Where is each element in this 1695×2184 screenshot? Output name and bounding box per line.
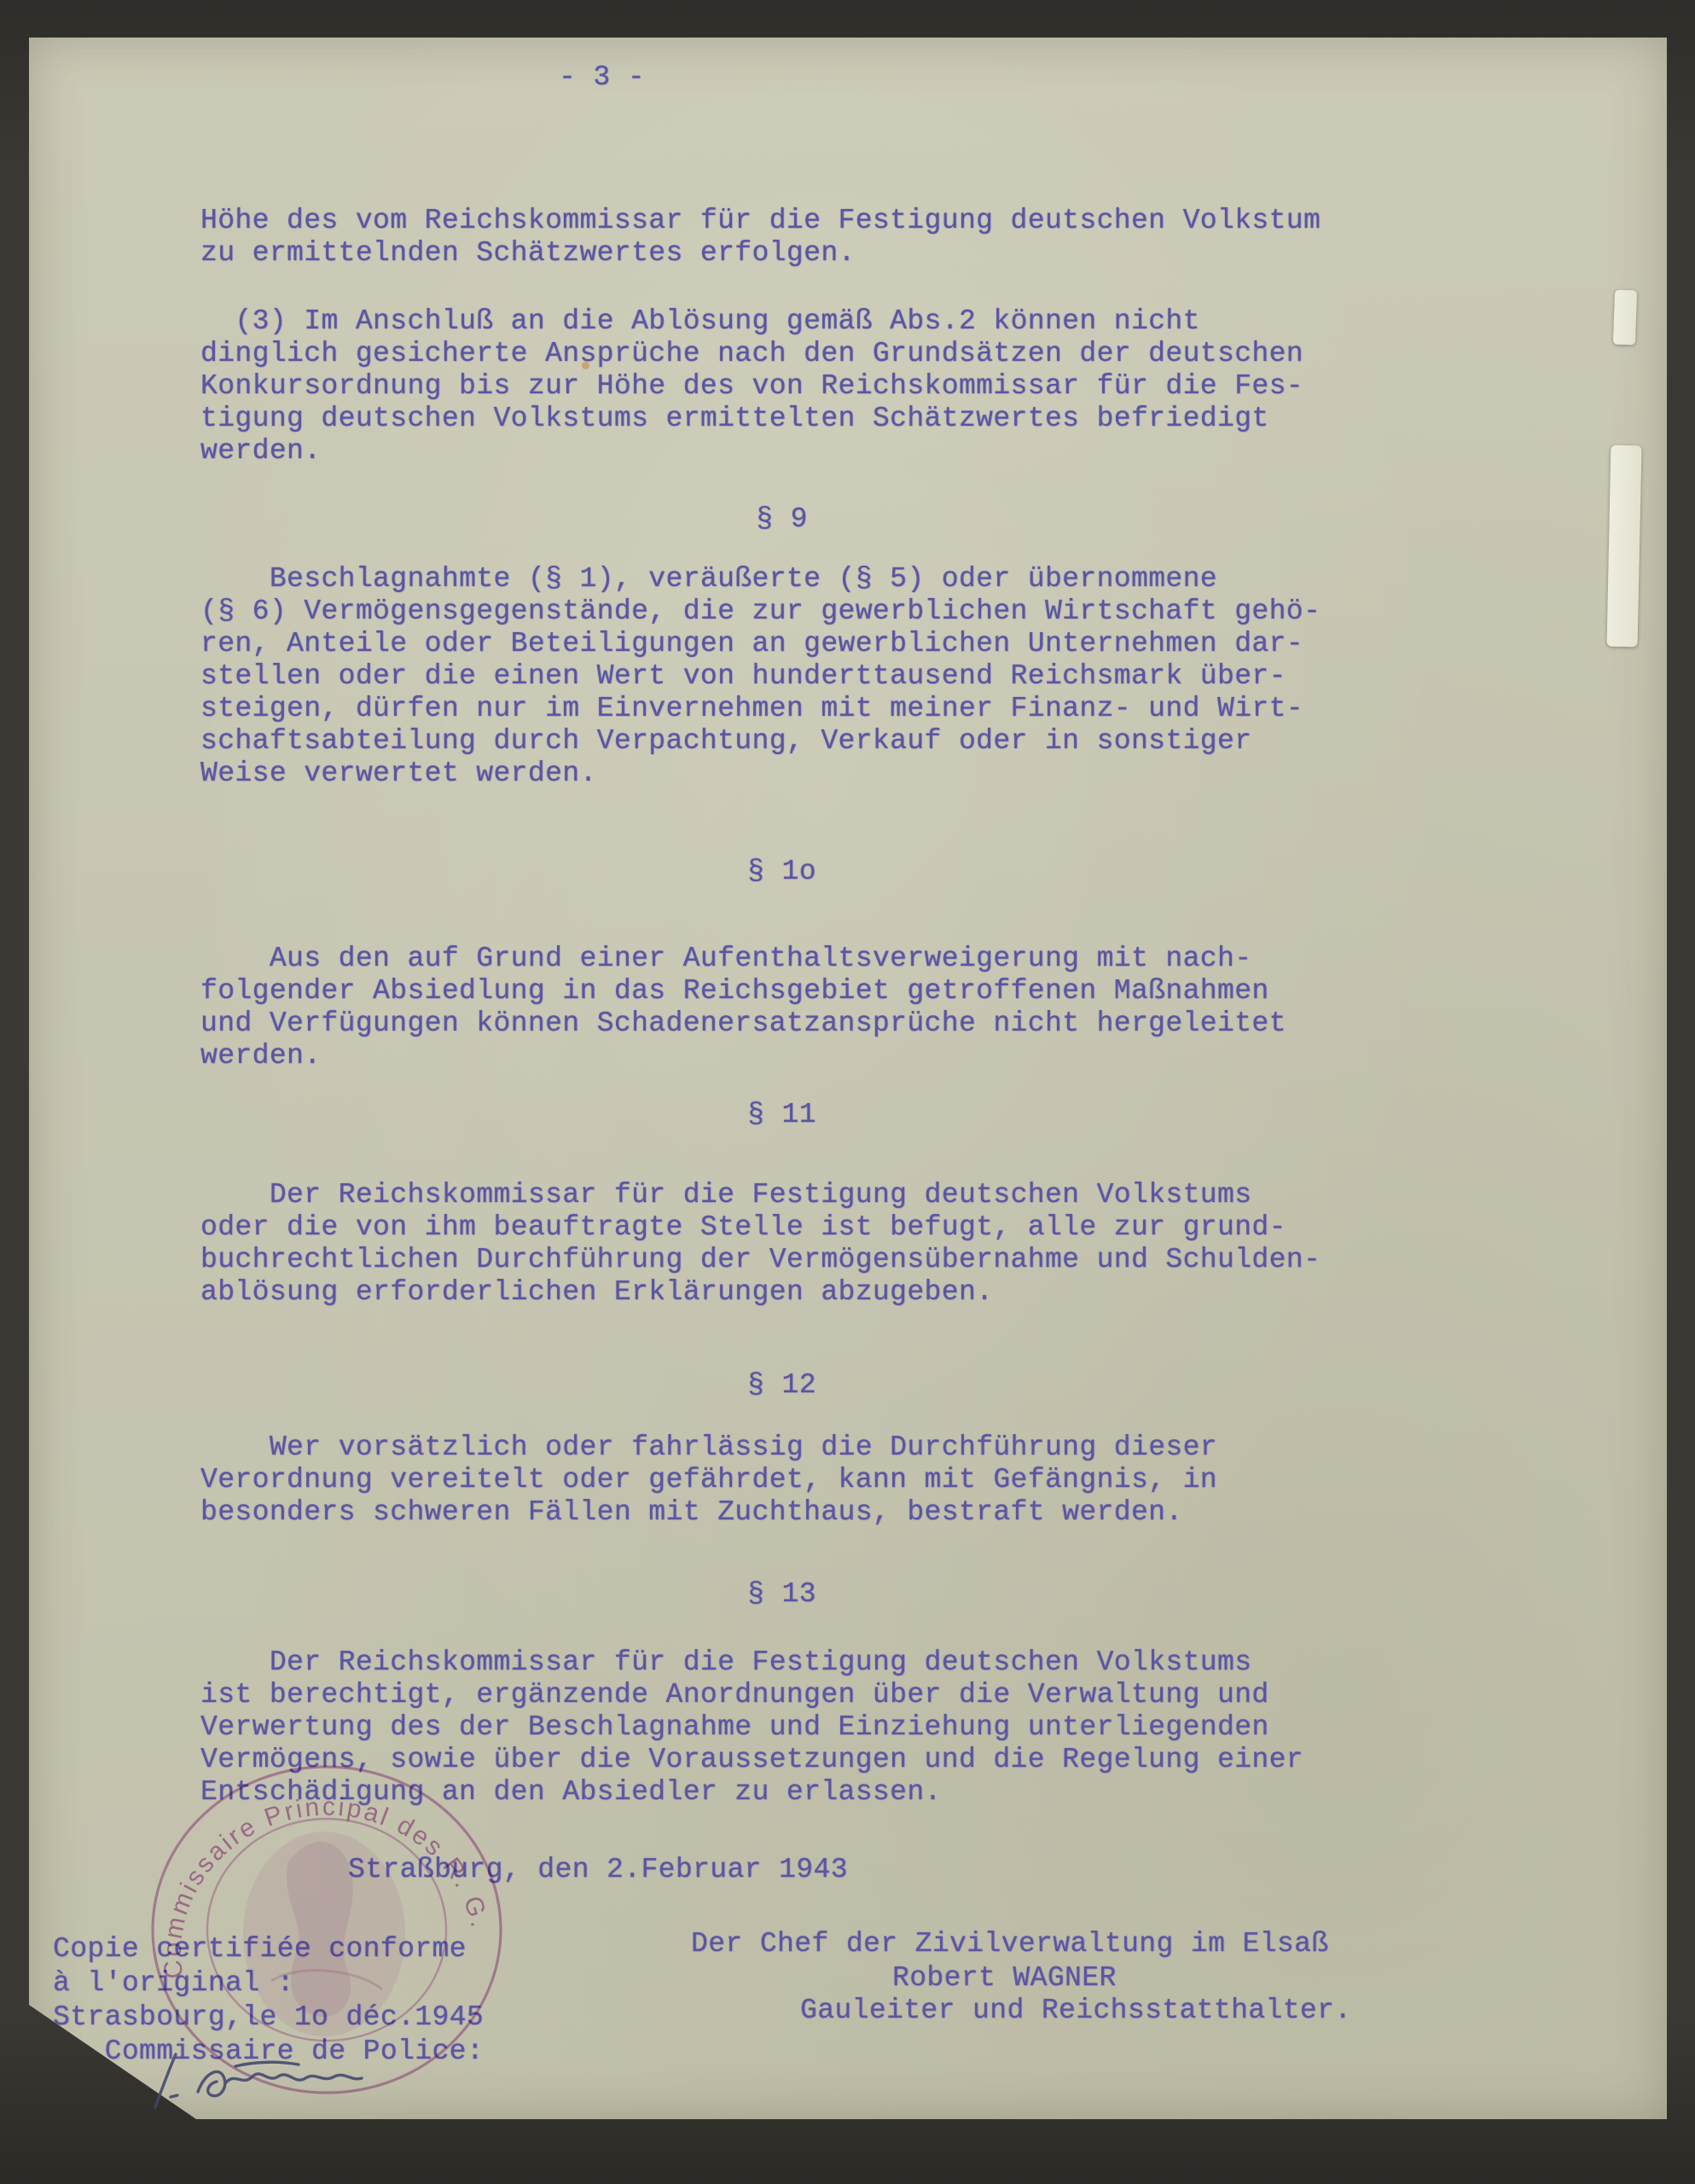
- section-heading-9: § 9: [229, 503, 1334, 536]
- section-heading-10: § 1o: [229, 856, 1334, 888]
- section-body-10: Aus den auf Grund einer Aufenthaltsverwe…: [200, 943, 1286, 1072]
- handwritten-signature: [136, 2047, 409, 2124]
- section-body-11: Der Reichskommissar für die Festigung de…: [200, 1179, 1321, 1309]
- paper-tear: [1613, 290, 1637, 346]
- intro-paragraph: Höhe des vom Reichskommissar für die Fes…: [200, 205, 1321, 270]
- section-body-12: Wer vorsätzlich oder fahrlässig die Durc…: [200, 1432, 1217, 1529]
- signer-name: Robert WAGNER: [892, 1962, 1117, 1995]
- document-scan: - 3 - Höhe des vom Reichskommissar für d…: [0, 0, 1695, 2184]
- section-heading-12: § 12: [229, 1369, 1334, 1402]
- page-number: - 3 -: [559, 61, 645, 94]
- section-body-9: Beschlagnahmte (§ 1), veräußerte (§ 5) o…: [200, 563, 1321, 790]
- signer-rank: Gauleiter und Reichsstatthalter.: [800, 1995, 1352, 2027]
- signature-icon: [136, 2047, 409, 2124]
- paper-tear: [1607, 445, 1642, 648]
- paragraph-abs3: (3) Im Anschluß an die Ablösung gemäß Ab…: [200, 305, 1303, 468]
- signer-title: Der Chef der Zivilverwaltung im Elsaß: [691, 1928, 1329, 1960]
- section-heading-11: § 11: [229, 1099, 1334, 1131]
- section-heading-13: § 13: [229, 1578, 1334, 1611]
- paper-speck: [582, 362, 589, 369]
